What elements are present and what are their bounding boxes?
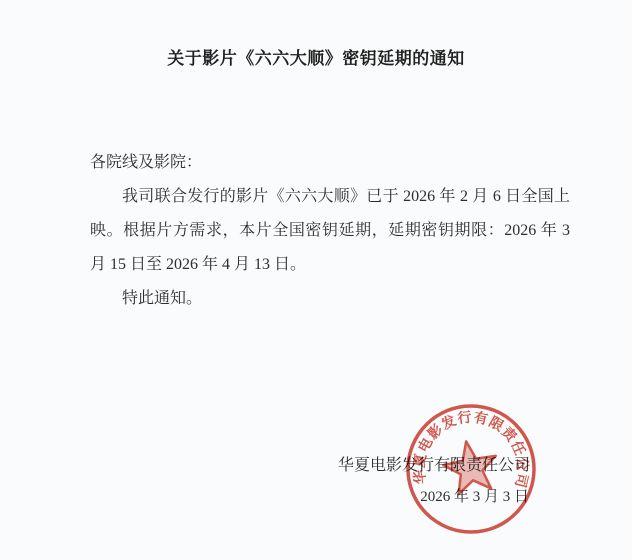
notice-document: 关于影片《六六大顺》密钥延期的通知 各院线及影院： 我司联合发行的影片《六六大顺… — [0, 0, 632, 560]
svg-text:华夏电影发行有限责任公司: 华夏电影发行有限责任公司 — [411, 409, 532, 491]
seal-arc-text: 华夏电影发行有限责任公司 — [411, 409, 532, 491]
document-body: 各院线及影院： 我司联合发行的影片《六六大顺》已于 2026 年 2 月 6 日… — [90, 146, 570, 316]
body-line: 月 15 日至 2026 年 4 月 13 日。 — [90, 248, 570, 282]
signature-date: 2026 年 3 月 3 日 — [420, 485, 529, 506]
salutation: 各院线及影院： — [90, 146, 570, 180]
body-line: 映。根据片方需求，本片全国密钥延期，延期密钥期限：2026 年 3 — [90, 214, 570, 248]
signature-company: 华夏电影发行有限责任公司 — [338, 452, 530, 475]
document-title: 关于影片《六六大顺》密钥延期的通知 — [0, 44, 632, 69]
body-line: 特此通知。 — [90, 282, 570, 316]
body-line: 我司联合发行的影片《六六大顺》已于 2026 年 2 月 6 日全国上 — [90, 180, 570, 214]
